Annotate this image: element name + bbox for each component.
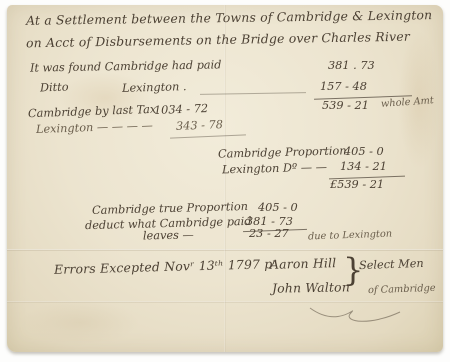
- leaves-label: leaves —: [143, 230, 194, 243]
- lexington-paid-label: Lexington .: [122, 81, 187, 95]
- scanned-document-image: At a Settlement between the Towns of Cam…: [0, 0, 450, 362]
- lexington-paid-amount: 157 - 48: [320, 81, 367, 93]
- ditto-label: Ditto: [40, 82, 69, 95]
- signature-aaron-hill: Aaron Hill: [270, 256, 337, 271]
- lexington-tax-amount: 343 - 78: [176, 119, 223, 133]
- fold-crease-vertical: [224, 5, 226, 352]
- cambridge-proportion-amount: 405 - 0: [344, 146, 384, 158]
- lexington-proportion-amount: 134 - 21: [340, 161, 387, 173]
- signature-john-walton: John Walton: [272, 280, 350, 295]
- proportion-total-amount: £539 - 21: [330, 179, 384, 191]
- role-select-men: Select Men: [359, 258, 424, 273]
- pen-flourish: [300, 300, 420, 334]
- paper-stain: [20, 300, 140, 345]
- balance-due-amount: 23 - 27: [249, 228, 289, 240]
- whole-amount-value: 539 - 21: [322, 100, 369, 112]
- cambridge-tax-amount: 1034 - 72: [154, 103, 209, 117]
- true-proportion-amount: 405 - 0: [258, 202, 298, 214]
- cambridge-paid-amount: 381 . 73: [328, 60, 375, 72]
